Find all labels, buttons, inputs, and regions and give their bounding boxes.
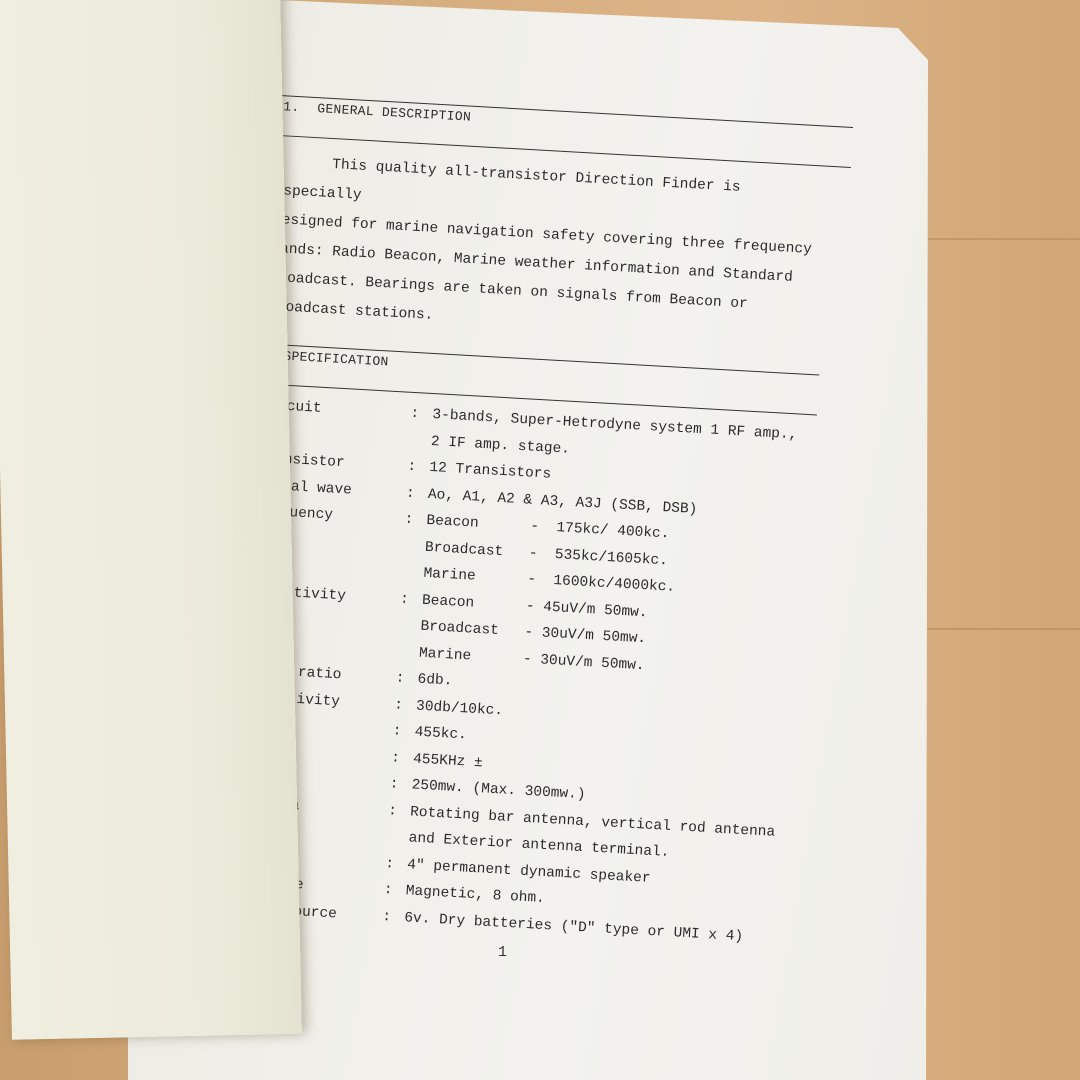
spec-separator: : xyxy=(392,718,415,746)
spec-separator: : xyxy=(395,665,418,693)
spec-separator xyxy=(386,824,409,852)
spec-separator: : xyxy=(389,771,412,799)
spec-separator: : xyxy=(407,454,430,482)
general-description-paragraph: This quality all-transistor Direction Fi… xyxy=(267,148,836,353)
spec-separator xyxy=(401,560,424,588)
spec-separator: : xyxy=(393,692,416,720)
spec-separator: : xyxy=(390,745,413,773)
left-page xyxy=(0,0,302,1040)
spec-separator: : xyxy=(385,851,408,879)
spec-separator: : xyxy=(405,480,428,508)
spec-separator xyxy=(398,612,421,640)
spec-separator: : xyxy=(410,401,433,429)
specification-list: Circuit:3-bands, Super-Hetrodyne system … xyxy=(214,391,803,951)
spec-separator xyxy=(408,427,431,455)
section-title: SPECIFICATION xyxy=(283,349,389,370)
section-number: 1. xyxy=(283,99,318,116)
page-number: 1 xyxy=(498,944,507,961)
spec-separator xyxy=(396,639,419,667)
spec-separator xyxy=(402,533,425,561)
spec-separator: : xyxy=(383,877,406,905)
wood-grain xyxy=(900,628,1080,630)
spec-separator: : xyxy=(387,798,410,826)
section-title: GENERAL DESCRIPTION xyxy=(317,101,472,125)
spec-separator: : xyxy=(382,904,405,932)
section-heading-specification: 2.SPECIFICATION xyxy=(245,342,806,398)
spec-separator: : xyxy=(404,507,427,535)
spec-separator: : xyxy=(399,586,422,614)
document-content: 1.GENERAL DESCRIPTION This quality all-t… xyxy=(234,95,839,953)
